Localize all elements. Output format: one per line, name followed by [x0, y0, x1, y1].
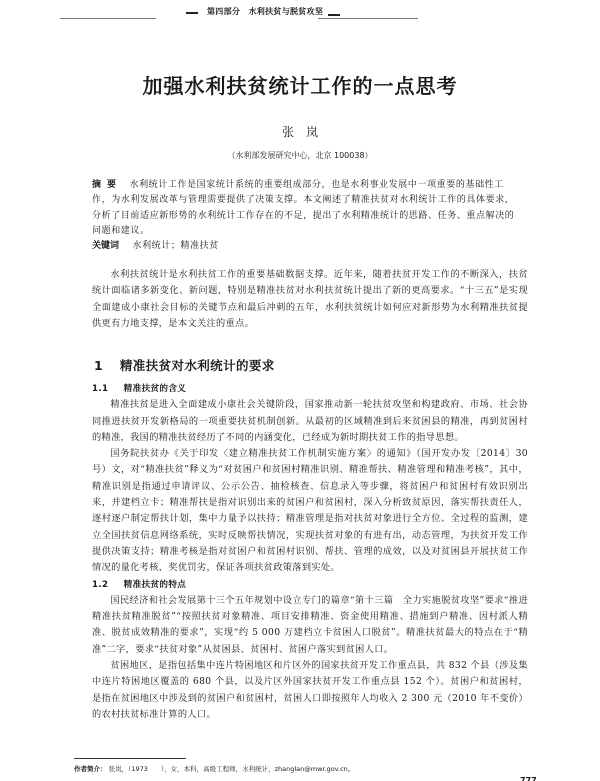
- author-affiliation: （水利部发展研究中心，北京 100038）: [0, 150, 600, 161]
- subsection-1-2-heading: 1.2 精准扶贫的特点: [92, 577, 528, 593]
- paragraph: 国民经济和社会发展第十三个五年规划中设立专门的篇章“第十三篇 全力实施脱贫攻坚”…: [92, 593, 528, 658]
- header-rule-right: [318, 18, 418, 19]
- page-number: 777: [520, 776, 537, 781]
- article-author: 张岚: [0, 123, 600, 140]
- subsection-number: 1.1: [92, 384, 108, 394]
- subsection-1-1-heading: 1.1 精准扶贫的含义: [92, 381, 528, 397]
- footnote-label: 作者简介：: [74, 765, 107, 773]
- intro-paragraph: 水利扶贫统计是水利扶贫工作的重要基础数据支撑。近年来，随着扶贫开发工作的不断深入…: [92, 267, 528, 332]
- abstract: 摘要 水利统计工作是国家统计系统的重要组成部分，也是水利事业发展中一项重要的基础…: [92, 178, 520, 239]
- paragraph: 国务院扶贫办《关于印发〈建立精准扶贫工作机制实施方案〉的通知》（国开发办发〔20…: [92, 446, 528, 576]
- header-dash-left: [186, 12, 198, 14]
- intro-section: 水利扶贫统计是水利扶贫工作的重要基础数据支撑。近年来，随着扶贫开发工作的不断深入…: [92, 267, 528, 332]
- keywords-label: 关键词: [92, 241, 119, 251]
- article-title: 加强水利扶贫统计工作的一点思考: [0, 70, 600, 99]
- subsection-number: 1.2: [92, 580, 108, 590]
- paragraph: 贫困地区，是指包括集中连片特困地区和片区外的国家扶贫开发工作重点县，共 832 …: [92, 658, 528, 723]
- section-1-body: 1.1 精准扶贫的含义 精准扶贫是进入全面建成小康社会关键阶段，国家推动新一轮扶…: [92, 381, 528, 723]
- footnote-text: 张岚，（1973 ），女，本科，高级工程师，水利统计，zhanglan@mwr.…: [109, 765, 355, 773]
- running-header: 第四部分 水利扶贫与脱贫攻坚: [0, 6, 600, 22]
- subsection-title: 精准扶贫的特点: [124, 580, 187, 590]
- document-page: 第四部分 水利扶贫与脱贫攻坚 加强水利扶贫统计工作的一点思考 张岚 （水利部发展…: [0, 0, 600, 781]
- running-header-text: 第四部分 水利扶贫与脱贫攻坚: [207, 6, 323, 17]
- section-title: 精准扶贫对水利统计的要求: [120, 358, 275, 373]
- abstract-block: 摘要 水利统计工作是国家统计系统的重要组成部分，也是水利事业发展中一项重要的基础…: [92, 178, 520, 254]
- keywords-text: 水利统计；精准扶贫: [132, 241, 218, 251]
- section-1-heading: 1 精准扶贫对水利统计的要求: [94, 356, 275, 374]
- section-number: 1: [94, 358, 103, 373]
- abstract-text: 水利统计工作是国家统计系统的重要组成部分，也是水利事业发展中一项重要的基础性工作…: [92, 180, 514, 236]
- keywords: 关键词 水利统计；精准扶贫: [92, 239, 520, 254]
- author-footnote: 作者简介： 张岚，（1973 ），女，本科，高级工程师，水利统计，zhangla…: [74, 764, 354, 773]
- paragraph: 精准扶贫是进入全面建成小康社会关键阶段，国家推动新一轮扶贫攻坚和构建政府、市场、…: [92, 397, 528, 446]
- footnote-divider: [74, 758, 186, 759]
- header-rule-left: [60, 18, 156, 19]
- abstract-label: 摘要: [92, 180, 122, 190]
- header-dash-right: [328, 14, 340, 16]
- subsection-title: 精准扶贫的含义: [124, 384, 187, 394]
